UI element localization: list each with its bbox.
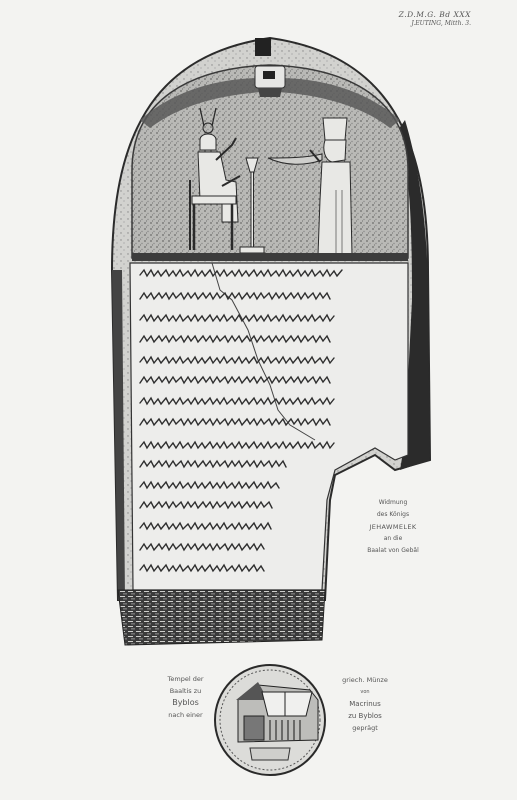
plate-page: Z.D.M.G. Bd XXX J.EUTING, Mitth. 3. — [0, 0, 517, 800]
caption-line: nach einer — [148, 709, 223, 721]
caption-coin: griech. Münze von Macrinus zu Byblos gep… — [325, 674, 405, 734]
caption-temple: Tempel der Baaltis zu Byblos nach einer — [148, 673, 223, 721]
caption-line: von — [325, 686, 405, 698]
caption-line: Widmung — [338, 497, 448, 509]
caption-king-name: JEHAWMELEK — [338, 521, 448, 533]
caption-emperor: Macrinus — [325, 698, 405, 710]
caption-line: griech. Münze — [325, 674, 405, 686]
caption-line: an die — [338, 533, 448, 545]
stele-illustration — [0, 0, 517, 800]
caption-line: Baaltis zu — [148, 685, 223, 697]
caption-city: Byblos — [148, 697, 223, 709]
caption-line: zu Byblos — [325, 710, 405, 722]
caption-line: geprägt — [325, 722, 405, 734]
caption-line: Tempel der — [148, 673, 223, 685]
caption-line: Baalat von Gebâl — [338, 545, 448, 557]
caption-dedication: Widmung des Königs JEHAWMELEK an die Baa… — [338, 497, 448, 557]
macrinus-coin — [215, 665, 325, 775]
stele-base — [118, 590, 325, 645]
caption-line: des Königs — [338, 509, 448, 521]
